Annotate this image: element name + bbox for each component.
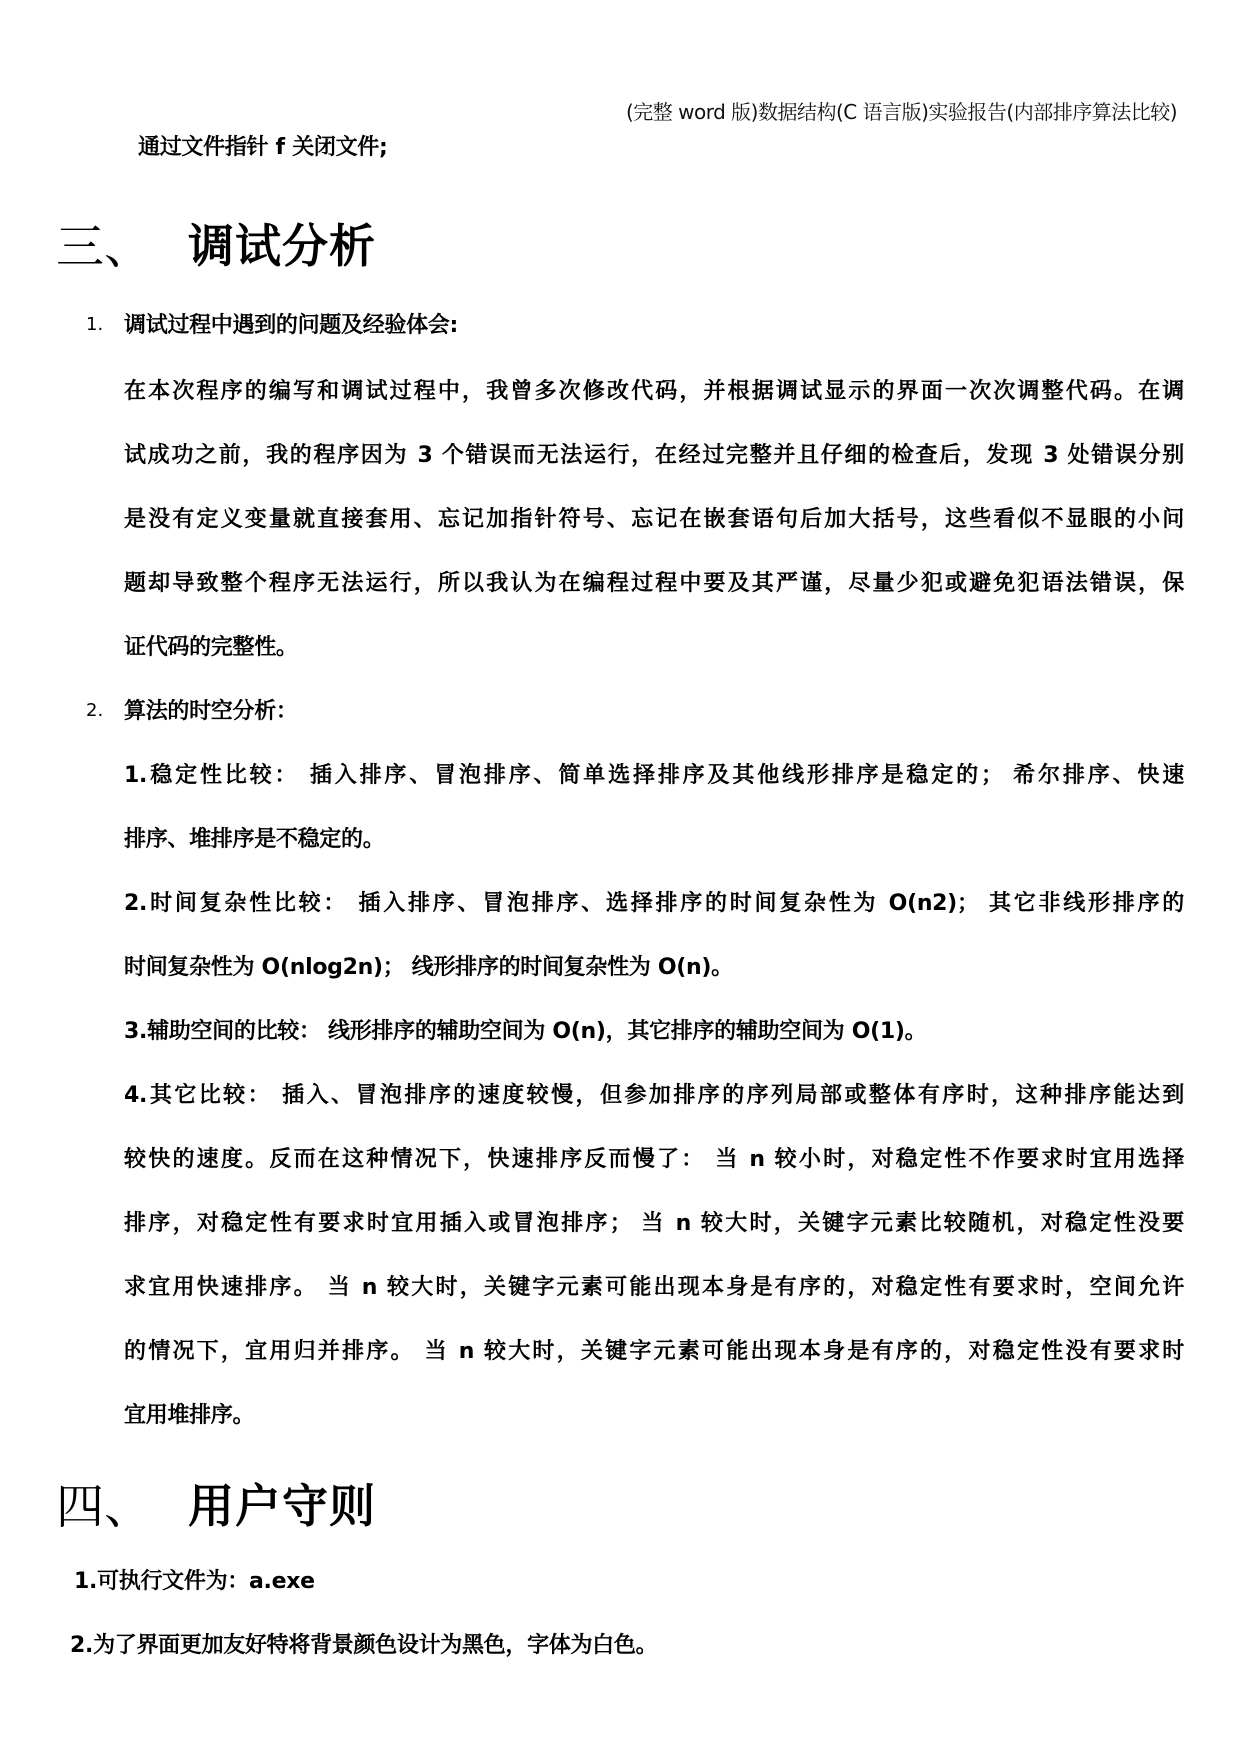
paragraph-line: 排序、堆排序是不稳定的。 [124, 822, 384, 853]
guide-line: 2.为了界面更加友好特将背景颜色设计为黑色，字体为白色。 [70, 1628, 657, 1659]
intro-line: 通过文件指针 f 关闭文件; [138, 130, 388, 161]
paragraph-line: 在本次程序的编写和调试过程中，我曾多次修改代码，并根据调试显示的界面一次次调整代… [124, 374, 1184, 405]
list-number: 2. [86, 700, 103, 721]
section-title: 调试分析 [188, 210, 376, 276]
paragraph-line: 2.时间复杂性比较： 插入排序、冒泡排序、选择排序的时间复杂性为 O(n2)； … [124, 886, 1184, 917]
paragraph-line: 3.辅助空间的比较： 线形排序的辅助空间为 O(n)，其它排序的辅助空间为 O(… [124, 1014, 926, 1045]
section-number: 四、 [56, 1468, 152, 1537]
paragraph-line: 时间复杂性为 O(nlog2n)； 线形排序的时间复杂性为 O(n)。 [124, 950, 733, 981]
paragraph-line: 1.稳定性比较： 插入排序、冒泡排序、简单选择排序及其他线形排序是稳定的； 希尔… [124, 758, 1184, 789]
paragraph-line: 题却导致整个程序无法运行，所以我认为在编程过程中要及其严谨，尽量少犯或避免犯语法… [124, 566, 1184, 597]
section-number: 三、 [56, 208, 152, 277]
paragraph-line: 较快的速度。反而在这种情况下，快速排序反而慢了： 当 n 较小时，对稳定性不作要… [124, 1142, 1184, 1173]
paragraph-line: 求宜用快速排序。 当 n 较大时，关键字元素可能出现本身是有序的，对稳定性有要求… [124, 1270, 1184, 1301]
paragraph-line: 排序，对稳定性有要求时宜用插入或冒泡排序； 当 n 较大时，关键字元素比较随机，… [124, 1206, 1184, 1237]
paragraph-line: 4.其它比较： 插入、冒泡排序的速度较慢，但参加排序的序列局部或整体有序时，这种… [124, 1078, 1184, 1109]
list-number: 1. [86, 314, 103, 335]
list-heading: 调试过程中遇到的问题及经验体会: [124, 308, 458, 339]
list-heading: 算法的时空分析： [124, 694, 298, 725]
paragraph-line: 证代码的完整性。 [124, 630, 298, 661]
paragraph-line: 是没有定义变量就直接套用、忘记加指针符号、忘记在嵌套语句后加大括号，这些看似不显… [124, 502, 1184, 533]
paragraph-line: 试成功之前，我的程序因为 3 个错误而无法运行，在经过完整并且仔细的检查后，发现… [124, 438, 1184, 469]
guide-line: 1.可执行文件为：a.exe [74, 1564, 315, 1595]
paragraph-line: 的情况下，宜用归并排序。 当 n 较大时，关键字元素可能出现本身是有序的，对稳定… [124, 1334, 1184, 1365]
document-header: (完整 word 版)数据结构(C 语言版)实验报告(内部排序算法比较) [626, 96, 1177, 125]
section-title: 用户守则 [188, 1470, 376, 1536]
paragraph-line: 宜用堆排序。 [124, 1398, 254, 1429]
